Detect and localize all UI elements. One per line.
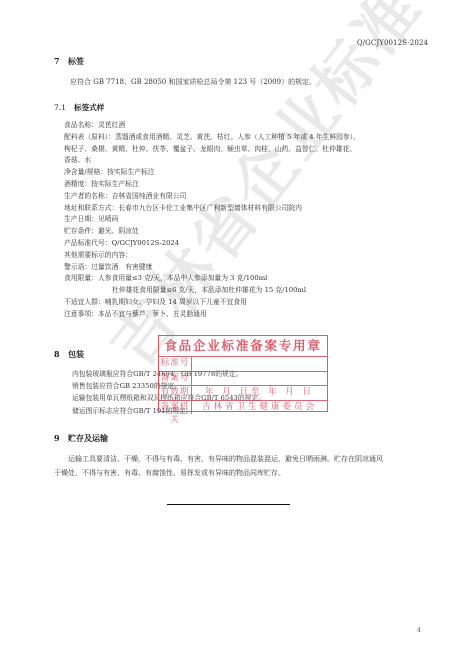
document-page: 吉林省企业标准 Q/GCJY0012S-2024 7标签 应符合 GB 7718… bbox=[0, 0, 470, 666]
stamp-row-value: 吉林省卫生健康委员会 bbox=[192, 401, 327, 415]
label-line: 净含量/规格：按实际生产标注 bbox=[64, 167, 424, 179]
stamp-row: 有效期 年 月 日至 年 月 日 bbox=[159, 386, 327, 401]
stamp-row-value bbox=[192, 357, 327, 371]
section-number: 7 bbox=[54, 56, 68, 66]
label-line: 产品标准代号：Q/GCJY0012S-2024 bbox=[64, 238, 424, 250]
stamp-title: 食品企业标准备案专用章 bbox=[159, 336, 327, 357]
label-line: 生产者的名称：吉林省国纯酒业有限公司 bbox=[64, 191, 424, 203]
section-7-body: 应符合 GB 7718、GB 28050 和国家质检总局令第 123 号（200… bbox=[56, 75, 420, 89]
label-line: 食用限量：人参食用量≤3 克/天，本品中人参添加量为 3 克/100ml bbox=[64, 273, 424, 285]
section-9-body: 运输工具要清洁、干燥，不得与有毒、有害、有异味的物品混装混运，避免日晒雨淋。贮存… bbox=[54, 452, 388, 480]
stamp-row: 备案机关 吉林省卫生健康委员会 bbox=[159, 401, 327, 415]
stamp-row: 标准号 bbox=[159, 357, 327, 372]
end-rule bbox=[167, 504, 290, 505]
label-line: 警示语：过量饮酒 有害健康 bbox=[64, 262, 424, 274]
label-line: 注意事项：本品不宜与藜芦、萝卜、五灵脂通用 bbox=[64, 309, 424, 321]
label-line: 地址和联系方式：长春市九台区卡伦工业集中区广利新型墙体材料有限公司院内 bbox=[64, 203, 424, 215]
label-line: 其他需要标示的内容： bbox=[64, 250, 424, 262]
label-line: 不适宜人群：哺乳期妇女、孕妇及 14 周岁以下儿童不宜食用 bbox=[64, 297, 424, 309]
section-7-1-heading: 7.1标签式样 bbox=[54, 102, 104, 113]
filing-stamp: 食品企业标准备案专用章 标准号 备案号 有效期 年 月 日至 年 月 日 备案机… bbox=[158, 335, 328, 412]
section-number: 7.1 bbox=[54, 103, 74, 112]
label-sample-list: 食品名称：灵芪红酒 配料表（原料）：蒸馏酒或食用酒精、灵芝、黄芪、枯红、人参（人… bbox=[64, 120, 424, 321]
stamp-row-value: 年 月 日至 年 月 日 bbox=[192, 386, 327, 400]
label-line: 香菇、水 bbox=[64, 155, 424, 167]
section-title: 贮存及运输 bbox=[68, 433, 108, 443]
stamp-row-label: 备案机关 bbox=[159, 401, 192, 415]
label-line: 贮存条件：避光、阴凉处 bbox=[64, 226, 424, 238]
section-9-heading: 9贮存及运输 bbox=[54, 433, 108, 444]
stamp-row: 备案号 bbox=[159, 372, 327, 387]
label-line: 生产日期：见喷码 bbox=[64, 214, 424, 226]
section-number: 8 bbox=[54, 349, 68, 359]
stamp-row-label: 备案号 bbox=[159, 372, 192, 386]
section-7-heading: 7标签 bbox=[54, 56, 84, 67]
section-8-heading: 8包装 bbox=[54, 349, 84, 360]
label-line: 酒精度：按实际生产标注 bbox=[64, 179, 424, 191]
stamp-row-label: 标准号 bbox=[159, 357, 192, 371]
label-line: 枸杞子、桑椹、黄精、杜仲、茯苓、覆盆子、龙眼肉、蛹虫草、肉桂、山药、益智仁、杜仲… bbox=[64, 144, 424, 156]
document-number: Q/GCJY0012S-2024 bbox=[357, 39, 428, 47]
page-number: 4 bbox=[417, 627, 421, 634]
label-line: 食品名称：灵芪红酒 bbox=[64, 120, 424, 132]
section-number: 9 bbox=[54, 433, 68, 443]
section-title: 包装 bbox=[68, 349, 84, 359]
label-line: 配料表（原料）：蒸馏酒或食用酒精、灵芝、黄芪、枯红、人参（人工种植 5 年或 4… bbox=[64, 132, 424, 144]
stamp-row-label: 有效期 bbox=[159, 386, 192, 400]
section-title: 标签式样 bbox=[74, 103, 104, 112]
section-title: 标签 bbox=[68, 56, 84, 66]
label-line-indented: 杜仲雄花食用限量≤6 克/天，本品添加杜仲雄花为 15 克/100ml bbox=[64, 285, 424, 297]
stamp-row-value bbox=[192, 372, 327, 386]
